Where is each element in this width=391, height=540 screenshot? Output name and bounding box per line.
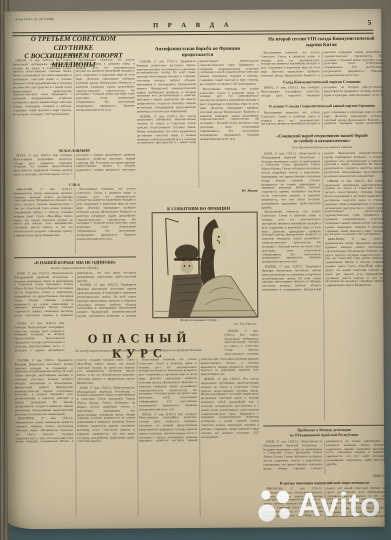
subtitle-not-alone: Беседа с корреспондентом «Правды» [14, 265, 136, 270]
article-china-congress-text: Выступавшие отмечали, что успехи Советск… [260, 51, 382, 79]
article-germany-text: Выступавшие отмечали, что успехи Советск… [261, 111, 383, 130]
article-nasser-text: КАИР, 17 мая. (ТАСС). Общественность Объ… [261, 152, 385, 421]
paragraph: Выступавшие отмечали, что успехи Советск… [260, 51, 382, 79]
masthead-page-number: 5 [368, 19, 372, 27]
cartoon-title: К СОБЫТИЯМ ВО ФРАНЦИИ [142, 206, 256, 212]
cartoon-credit: Рис. Бор. Ефимова [156, 323, 256, 327]
headline-sputnik-line1: О ТРЕТЬЕМ СОВЕТСКОМ СПУТНИКЕ [12, 34, 134, 52]
byline-france: Ю. Жуков [199, 189, 257, 193]
paragraph: Выступавшие отмечали, что успехи Советск… [76, 58, 135, 112]
paragraph: НЬЮ-ЙОРК, 17 мая. (ТАСС). Американская п… [13, 188, 72, 238]
section-czechoslovakia: ЧЕХОСЛОВАКИЯ [13, 148, 135, 153]
paragraph: КАИР, 17 мая. (ТАСС). Общественность Объ… [261, 152, 320, 210]
paragraph: ПЕКИН, 17 мая. (ТАСС). Все газеты продол… [201, 378, 259, 440]
paragraph: ПРАГА, 17 мая. (ТАСС). Как сообщает Чехо… [13, 153, 135, 180]
cartoon-caption: Фашизм поднимает голову... [142, 318, 256, 323]
tass-signature: (ТАСС) [325, 474, 383, 478]
article-danger-text: ПАРИЖ, 17 мая. (ТАСС). Трудящиеся Франци… [15, 358, 260, 518]
paragraph: ПАРИЖ, 17 мая. (ТАСС). Трудящиеся Франци… [137, 60, 196, 114]
headline-uar-arrival: Прибытие в Москву делегации из Объединен… [263, 428, 385, 438]
article-not-alone-text: КАИР, 17 мая. (ТАСС). Общественность Объ… [14, 271, 136, 320]
paragraph: ПЕКИН, 17 мая. (ТАСС). Все газеты продол… [13, 59, 72, 117]
headline-china-congress-line2: партии Китая [260, 42, 382, 48]
section-usa: С Ш А [13, 182, 135, 187]
headline-china-congress: На второй сессии VIII съезда Коммунистич… [260, 37, 382, 49]
paragraph: Выступавшие отмечали, что успехи Советск… [261, 111, 383, 130]
article-slovakia-text: ПРАГА, 17 мая. (ТАСС). Как сообщает Чехо… [261, 86, 383, 102]
masthead-dateline: 18 мая 1958 г., № 138 (14568) [14, 17, 54, 21]
headline-nasser: «Советский народ сочувствует нашей борьб… [261, 133, 383, 145]
paragraph: Выступавшие отмечали, что успехи Советск… [262, 211, 321, 265]
section-china: К И Т А Й [12, 52, 134, 57]
article-france-text: ПАРИЖ, 17 мая. (ТАСС). Трудящиеся Франци… [137, 60, 260, 189]
avito-watermark: Avito [256, 486, 381, 524]
headline-nasser-line2: за свободу и независимость» [261, 138, 383, 144]
paragraph: ПЕКИН, 17 мая. (ТАСС). Все газеты продол… [324, 179, 383, 237]
newspaper-photo: 18 мая 1958 г., № 138 (14568) П Р А В Д … [0, 0, 391, 540]
article-uar-text: КАИР, 17 мая. (ТАСС). Общественность Объ… [263, 440, 385, 475]
headline-slovakia: Съезд Коммунистической партии Словакии [261, 80, 383, 85]
paragraph: КАИР, 17 мая. (ТАСС). Общественность Объ… [263, 440, 385, 475]
paragraph: Выступавшие отмечали, что успехи Советск… [139, 358, 197, 412]
avito-logo-icon [256, 486, 294, 524]
headline-germany: О созыве V съезда Социалистической едино… [261, 104, 383, 109]
headline-not-alone: «В НАШЕЙ БОРЬБЕ МЫ НЕ ОДИНОКИ» [14, 259, 136, 265]
newspaper-page: 18 мая 1958 г., № 138 (14568) П Р А В Д … [4, 9, 385, 530]
paragraph: ПРАГА, 17 мая. (ТАСС). Как сообщает Чехо… [261, 86, 383, 102]
article-sputnik-china-text: ПЕКИН, 17 мая. (ТАСС). Все газеты продол… [13, 58, 136, 147]
headline-france-line2: продолжается [136, 53, 258, 60]
headline-uar-line2: из Объединенной Арабской Республики [263, 432, 385, 437]
cartoon-image [152, 212, 259, 319]
avito-logo-text: Avito [297, 486, 381, 524]
subtitle-nasser: Речь Президента Насера на митинге в Моск… [261, 145, 383, 150]
paragraph: Выступавшие отмечали, что успехи Советск… [76, 187, 135, 241]
cartoon-drawing-icon [153, 213, 258, 318]
article-sputnik-czech-text: ПРАГА, 17 мая. (ТАСС). Как сообщает Чехо… [13, 153, 135, 180]
article-danger-side-text: ПЕКИН, 17 мая. (ТАСС). Все газеты продол… [224, 330, 258, 356]
paragraph: НЬЮ-ЙОРК, 17 мая. (ТАСС). Американская п… [325, 238, 384, 288]
paragraph: Выступавшие отмечали, что успехи Советск… [200, 87, 259, 141]
article-sputnik-usa-text: НЬЮ-ЙОРК, 17 мая. (ТАСС). Американская п… [13, 187, 135, 254]
paragraph: КАИР, 17 мая. (ТАСС). Общественность Объ… [77, 386, 135, 444]
paragraph: ПЕКИН, 17 мая. (ТАСС). Все газеты продол… [224, 330, 258, 356]
paragraph: ПАРИЖ, 17 мая. (ТАСС). Трудящиеся Франци… [15, 359, 73, 417]
headline-france: Антифашистская борьба во Франции продолж… [136, 47, 258, 60]
divider [263, 425, 385, 427]
headline-indonesia: В центре внимания индонезийской обществе… [263, 481, 385, 486]
divider [14, 256, 136, 258]
masthead-title: П Р А В Д А [4, 21, 381, 31]
